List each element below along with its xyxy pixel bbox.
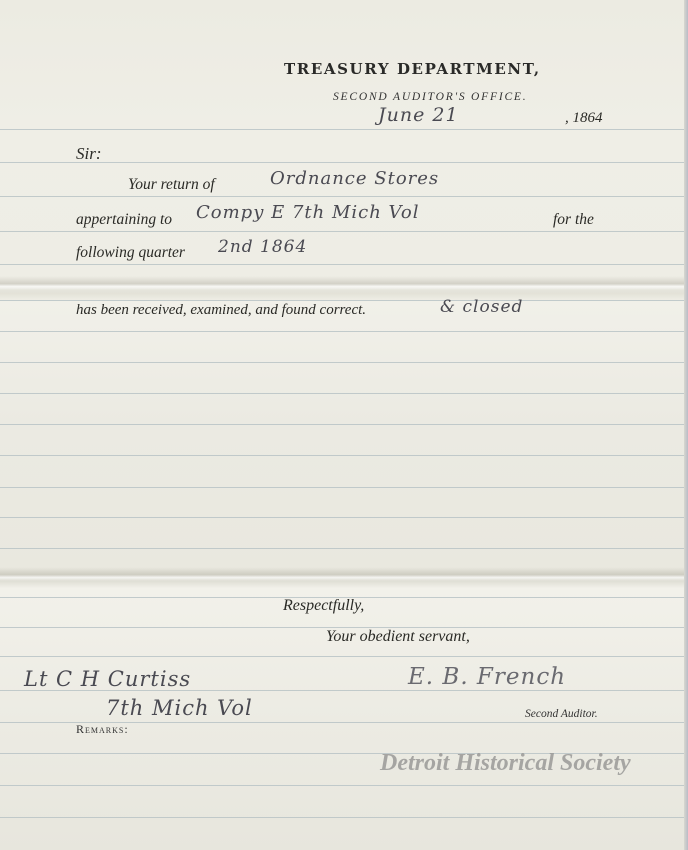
rule-line bbox=[0, 817, 684, 818]
addressee-name: Lt C H Curtiss bbox=[24, 667, 191, 691]
rule-line bbox=[0, 362, 684, 363]
rule-line bbox=[0, 548, 684, 549]
document-page: TREASURY DEPARTMENT, SECOND AUDITOR'S OF… bbox=[0, 0, 688, 850]
rule-line bbox=[0, 455, 684, 456]
signature-name: E. B. French bbox=[408, 664, 566, 690]
paper-fold bbox=[0, 567, 684, 581]
body-line1-printed: Your return of bbox=[128, 176, 215, 194]
letterhead-title: TREASURY DEPARTMENT, bbox=[284, 60, 541, 78]
body-line4-printed: has been received, examined, and found c… bbox=[76, 302, 366, 319]
rule-line bbox=[0, 162, 684, 163]
body-line2-printed: appertaining to bbox=[76, 211, 172, 229]
rule-line bbox=[0, 331, 684, 332]
rule-line bbox=[0, 129, 684, 130]
rule-line bbox=[0, 517, 684, 518]
body-line4-handwritten: & closed bbox=[440, 297, 523, 317]
remarks-label: Remarks: bbox=[76, 722, 129, 737]
rule-line bbox=[0, 656, 684, 657]
watermark: Detroit Historical Society bbox=[380, 750, 631, 777]
rule-line bbox=[0, 393, 684, 394]
body-line2-suffix: for the bbox=[553, 211, 594, 229]
body-line3-printed: following quarter bbox=[76, 244, 185, 262]
rule-line bbox=[0, 300, 684, 301]
rule-line bbox=[0, 424, 684, 425]
closing-servant: Your obedient servant, bbox=[326, 628, 470, 646]
body-line2-handwritten: Compy E 7th Mich Vol bbox=[196, 202, 419, 223]
rule-line bbox=[0, 785, 684, 786]
body-line3-handwritten: 2nd 1864 bbox=[218, 237, 307, 257]
rule-line bbox=[0, 196, 684, 197]
rule-line bbox=[0, 231, 684, 232]
signature-title: Second Auditor. bbox=[525, 708, 598, 720]
body-line1-handwritten: Ordnance Stores bbox=[270, 168, 439, 189]
addressee-unit: 7th Mich Vol bbox=[106, 696, 253, 720]
date-month-day: June 21 bbox=[378, 104, 459, 126]
closing-respectfully: Respectfully, bbox=[283, 597, 364, 615]
rule-line bbox=[0, 487, 684, 488]
salutation: Sir: bbox=[76, 144, 102, 164]
rule-line bbox=[0, 264, 684, 265]
date-year: , 1864 bbox=[565, 110, 603, 127]
page-edge bbox=[684, 0, 688, 850]
letterhead-subtitle: SECOND AUDITOR'S OFFICE. bbox=[333, 91, 527, 103]
paper-fold bbox=[0, 276, 684, 290]
